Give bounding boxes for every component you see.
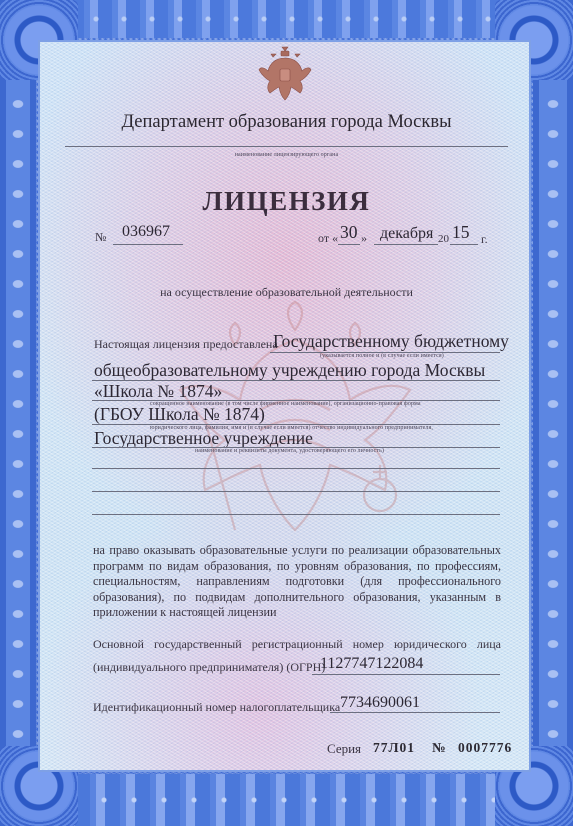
blank-line-1	[92, 468, 500, 469]
date-prefix: от «	[318, 231, 338, 246]
granted-label: Настоящая лицензия предоставлена	[94, 337, 278, 352]
inn-label: Идентификационный номер налогоплательщик…	[93, 700, 340, 715]
rights-text: на право оказывать образовательные услуг…	[93, 543, 501, 621]
licensee-caption-4: наименование и реквизиты документа, удос…	[195, 448, 384, 454]
document-title: ЛИЦЕНЗИЯ	[0, 186, 573, 217]
number-underline	[113, 244, 183, 245]
licensee-caption-1: (указывается полное и (в случае если име…	[320, 353, 444, 359]
ogrn-label-line2: (индивидуального предпринимателя) (ОГРН)	[93, 660, 325, 675]
license-document: Департамент образования города Москвы на…	[0, 0, 573, 826]
ogrn-value: 1127747122084	[320, 655, 423, 673]
year-underline	[450, 244, 478, 245]
ornamental-border-bottom	[0, 774, 573, 826]
issuer-underline	[65, 146, 508, 147]
date-suffix: г.	[481, 232, 488, 247]
issuing-authority: Департамент образования города Москвы	[0, 112, 573, 133]
license-number: 036967	[122, 223, 170, 241]
series-value: 77Л01	[373, 740, 415, 756]
series-label: Серия	[327, 741, 361, 757]
day-underline	[338, 244, 360, 245]
number-label: №	[95, 230, 106, 245]
blank-line-3	[92, 514, 500, 515]
month-underline	[374, 244, 438, 245]
blank-number-value: 0007776	[458, 740, 512, 756]
inn-value: 7734690061	[340, 694, 420, 712]
licensee-line-1: Государственному бюджетному	[273, 331, 509, 352]
licensee-line-5: Государственное учреждение	[94, 428, 313, 449]
blank-number-label: №	[432, 740, 447, 756]
date-year-prefix: 20	[438, 233, 449, 245]
licensee-line-3: «Школа № 1874»	[94, 381, 222, 402]
date-month: декабря	[380, 225, 433, 243]
licensee-line-4: (ГБОУ Школа № 1874)	[94, 404, 265, 425]
ogrn-label-line1: Основной государственный регистрационный…	[93, 637, 501, 652]
inn-underline	[330, 712, 500, 713]
license-purpose: на осуществление образовательной деятель…	[0, 285, 573, 300]
blank-line-2	[92, 491, 500, 492]
ogrn-underline	[312, 674, 500, 675]
date-year-suffix: 15	[452, 222, 470, 243]
ornamental-border-top	[0, 0, 573, 38]
date-day: 30	[340, 222, 358, 243]
licensee-line-2: общеобразовательному учреждению города М…	[94, 360, 485, 381]
date-day-close: »	[361, 231, 367, 246]
issuer-caption: наименование лицензирующего органа	[0, 152, 573, 158]
russian-coat-of-arms-icon	[258, 45, 312, 101]
